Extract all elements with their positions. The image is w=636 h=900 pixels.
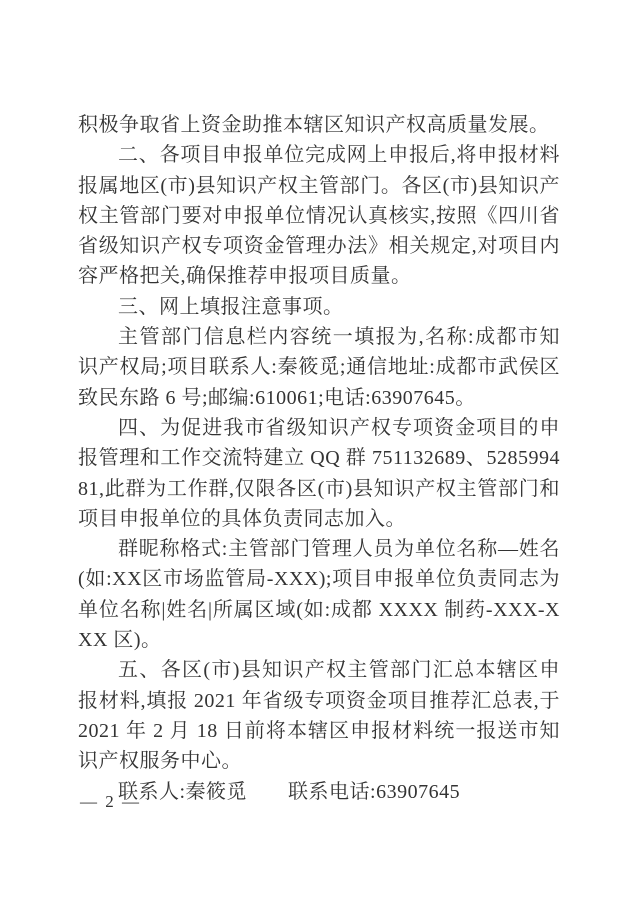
paragraph: 五、各区(市)县知识产权主管部门汇总本辖区申报材料,填报 2021 年省级专项资… xyxy=(78,655,560,776)
paragraph: 主管部门信息栏内容统一填报为,名称:成都市知识产权局;项目联系人:秦筱觅;通信地… xyxy=(78,322,560,413)
paragraph: 积极争取省上资金助推本辖区知识产权高质量发展。 xyxy=(78,110,560,140)
paragraph: 三、网上填报注意事项。 xyxy=(78,292,560,322)
document-body: 积极争取省上资金助推本辖区知识产权高质量发展。 二、各项目申报单位完成网上申报后… xyxy=(78,110,560,807)
paragraph: 二、各项目申报单位完成网上申报后,将申报材料报属地区(市)县知识产权主管部门。各… xyxy=(78,140,560,291)
page-number: — 2 — xyxy=(80,792,141,812)
document-page: 积极争取省上资金助推本辖区知识产权高质量发展。 二、各项目申报单位完成网上申报后… xyxy=(0,0,636,900)
paragraph: 群昵称格式:主管部门管理人员为单位名称—姓名(如:XX区市场监管局-XXX);项… xyxy=(78,534,560,655)
paragraph: 四、为促进我市省级知识产权专项资金项目的申报管理和工作交流特建立 QQ 群 75… xyxy=(78,413,560,534)
paragraph: 联系人:秦筱觅 联系电话:63907645 xyxy=(78,777,560,807)
